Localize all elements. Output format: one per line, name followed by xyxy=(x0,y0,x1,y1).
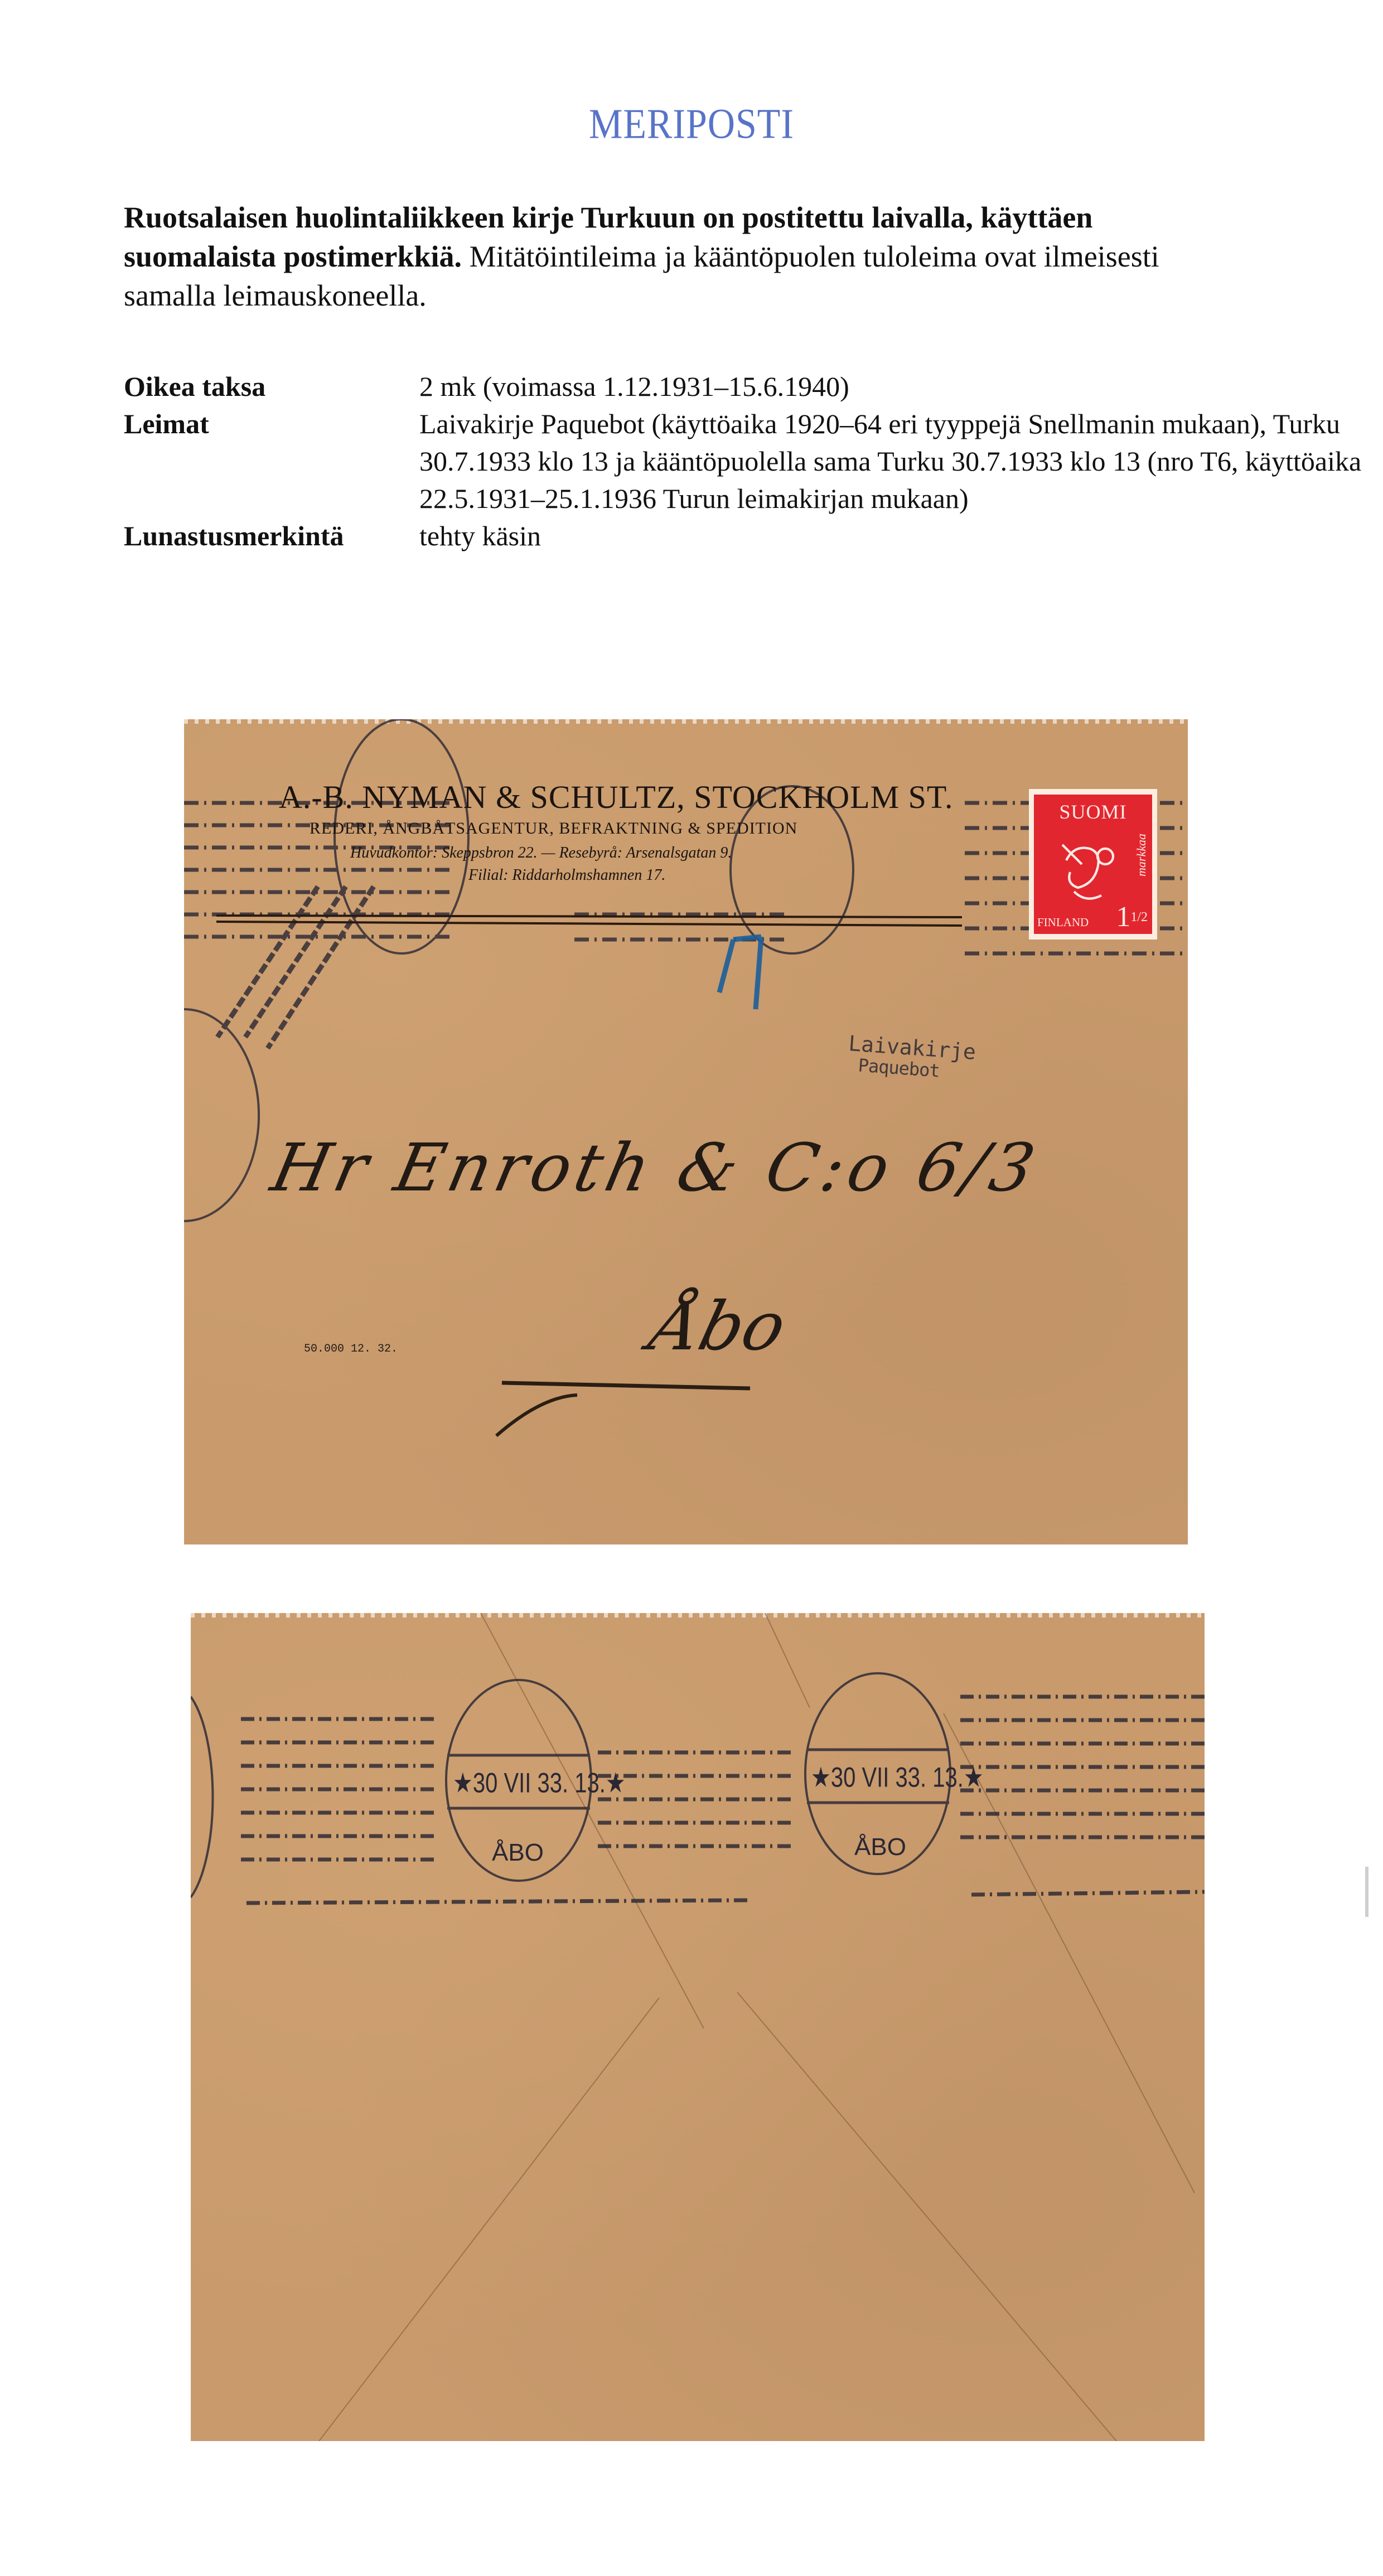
back-marks xyxy=(191,1613,1205,2441)
stamp-currency: markkaa xyxy=(1134,834,1149,877)
back-postmark-1-city: ÅBO xyxy=(492,1839,544,1867)
paquebot-mark: Laivakirje Paquebot xyxy=(847,1033,977,1084)
postage-stamp: SUOMI markkaa FINLAND 11/2 xyxy=(1029,789,1157,940)
letterhead-address: Huvudkontor: Skeppsbron 22. — Resebyrå: … xyxy=(350,842,892,864)
detail-label: Oikea taksa xyxy=(124,368,403,405)
detail-label: Leimat xyxy=(124,405,403,443)
printer-mark: 50.000 12. 32. xyxy=(304,1343,398,1355)
letterhead-trade: REDERI, ÅNGBÅTSAGENTUR, BEFRAKTNING & SP… xyxy=(310,815,892,842)
stamp-value: 11/2 xyxy=(1116,903,1148,932)
envelope-back: ★30 VII 33. 13.★ ÅBO ★30 VII 33. 13.★ ÅB… xyxy=(191,1613,1205,2441)
letterhead: A.-B. NYMAN & SCHULTZ, STOCKHOLM ST. RED… xyxy=(279,779,892,887)
page-title: MERIPOSTI xyxy=(0,99,1383,148)
detail-value: 2 mk (voimassa 1.12.1931–15.6.1940) xyxy=(419,368,1367,405)
handwritten-city: Åbo xyxy=(643,1288,794,1366)
detail-row-postmarks: Leimat Laivakirje Paquebot (käyttöaika 1… xyxy=(124,405,1367,517)
detail-row-rate: Oikea taksa 2 mk (voimassa 1.12.1931–15.… xyxy=(124,368,1367,405)
envelope-front: A.-B. NYMAN & SCHULTZ, STOCKHOLM ST. RED… xyxy=(184,719,1188,1544)
detail-label: Lunastusmerkintä xyxy=(124,517,403,555)
details-table: Oikea taksa 2 mk (voimassa 1.12.1931–15.… xyxy=(124,368,1367,555)
back-postmark-2-date: ★30 VII 33. 13.★ xyxy=(811,1761,984,1794)
detail-value: Laivakirje Paquebot (käyttöaika 1920–64 … xyxy=(419,405,1367,517)
detail-value: tehty käsin xyxy=(419,517,1367,555)
letterhead-company: A.-B. NYMAN & SCHULTZ, STOCKHOLM ST. xyxy=(279,779,892,815)
letterhead-branch: Filial: Riddarholmshamnen 17. xyxy=(468,864,892,887)
back-postmark-1-date: ★30 VII 33. 13.★ xyxy=(453,1767,626,1799)
scan-artifact xyxy=(1365,1867,1369,1917)
intro-paragraph: Ruotsalaisen huolintaliikkeen kirje Turk… xyxy=(124,198,1183,315)
lion-coat-of-arms-icon xyxy=(1051,829,1129,907)
stamp-country-bottom: FINLAND xyxy=(1037,916,1089,929)
detail-row-redemption: Lunastusmerkintä tehty käsin xyxy=(124,517,1367,555)
handwritten-recipient: Hr Enroth & C:o 6/3 xyxy=(265,1129,1046,1206)
back-postmark-2-city: ÅBO xyxy=(854,1833,906,1861)
stamp-country-top: SUOMI xyxy=(1034,800,1152,824)
